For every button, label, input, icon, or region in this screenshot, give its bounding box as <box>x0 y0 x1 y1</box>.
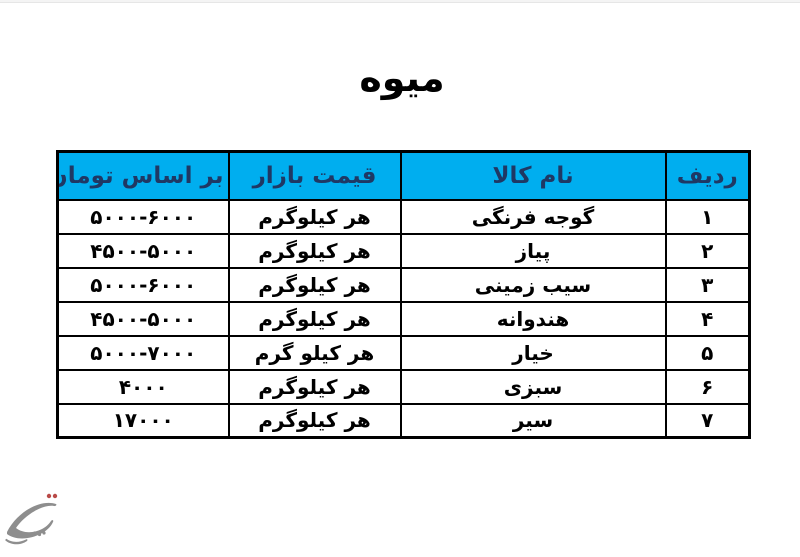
cell-row-number: ۱ <box>666 200 750 234</box>
header-cell-price-toman: بر اساس تومان <box>58 152 229 200</box>
table-row: ۴ هندوانه هر کیلوگرم ۴۵۰۰-۵۰۰۰ <box>58 302 750 336</box>
price-value: ۴۵۰۰-۵۰۰۰ <box>90 307 196 331</box>
table-header-row: ردیف نام کالا قیمت بازار بر اساس تومان <box>58 152 750 200</box>
table-row: ۶ سبزی هر کیلوگرم ۴۰۰۰ <box>58 370 750 404</box>
cell-market-price: هر کیلو گرم <box>229 336 401 370</box>
table-row: ۵ خیار هر کیلو گرم ۵۰۰۰-۷۰۰۰ <box>58 336 750 370</box>
price-value: ۴۰۰۰ <box>119 375 168 399</box>
table-row: ۱ گوجه فرنگی هر کیلوگرم ۵۰۰۰-۶۰۰۰ <box>58 200 750 234</box>
table-row: ۲ پیاز هر کیلوگرم ۴۵۰۰-۵۰۰۰ <box>58 234 750 268</box>
cell-row-number: ۳ <box>666 268 750 302</box>
cell-market-price: هر کیلوگرم <box>229 370 401 404</box>
table-row: ۳ سیب زمینی هر کیلوگرم ۵۰۰۰-۶۰۰۰ <box>58 268 750 302</box>
price-value: ۵۰۰۰-۶۰۰۰ <box>90 205 196 229</box>
cell-product-name: سبزی <box>401 370 666 404</box>
header-cell-market-price: قیمت بازار <box>229 152 401 200</box>
top-divider <box>0 0 800 3</box>
cell-price-toman: ۱۷۰۰۰ <box>58 404 229 438</box>
cell-row-number: ۴ <box>666 302 750 336</box>
cell-row-number: ۷ <box>666 404 750 438</box>
fruit-price-table: ردیف نام کالا قیمت بازار بر اساس تومان ۱… <box>56 150 751 439</box>
cell-price-toman: ۵۰۰۰-۷۰۰۰ <box>58 336 229 370</box>
cell-market-price: هر کیلوگرم <box>229 200 401 234</box>
cell-price-toman: ۴۵۰۰-۵۰۰۰ <box>58 302 229 336</box>
cell-market-price: هر کیلوگرم <box>229 234 401 268</box>
cell-market-price: هر کیلوگرم <box>229 268 401 302</box>
price-value: ۵۰۰۰-۷۰۰۰ <box>90 341 196 365</box>
cell-price-toman: ۵۰۰۰-۶۰۰۰ <box>58 268 229 302</box>
price-value: ۵۰۰۰-۶۰۰۰ <box>90 273 196 297</box>
header-cell-product-name: نام کالا <box>401 152 666 200</box>
cell-price-toman: ۵۰۰۰-۶۰۰۰ <box>58 200 229 234</box>
cell-price-toman: ۴۰۰۰ <box>58 370 229 404</box>
cell-product-name: سیر <box>401 404 666 438</box>
cell-product-name: گوجه فرنگی <box>401 200 666 234</box>
price-value: ۴۵۰۰-۵۰۰۰ <box>90 239 196 263</box>
tasnim-news-logo <box>2 488 66 554</box>
cell-row-number: ۲ <box>666 234 750 268</box>
cell-product-name: سیب زمینی <box>401 268 666 302</box>
table-row: ۷ سیر هر کیلوگرم ۱۷۰۰۰ <box>58 404 750 438</box>
page: میوه ردیف نام کالا قیمت بازار بر اساس تو… <box>0 0 800 557</box>
header-cell-row-number: ردیف <box>666 152 750 200</box>
cell-price-toman: ۴۵۰۰-۵۰۰۰ <box>58 234 229 268</box>
page-title: میوه <box>56 56 748 100</box>
cell-row-number: ۵ <box>666 336 750 370</box>
price-value: ۱۷۰۰۰ <box>113 408 174 432</box>
cell-product-name: پیاز <box>401 234 666 268</box>
cell-market-price: هر کیلوگرم <box>229 302 401 336</box>
cell-row-number: ۶ <box>666 370 750 404</box>
cell-product-name: خیار <box>401 336 666 370</box>
cell-market-price: هر کیلوگرم <box>229 404 401 438</box>
cell-product-name: هندوانه <box>401 302 666 336</box>
